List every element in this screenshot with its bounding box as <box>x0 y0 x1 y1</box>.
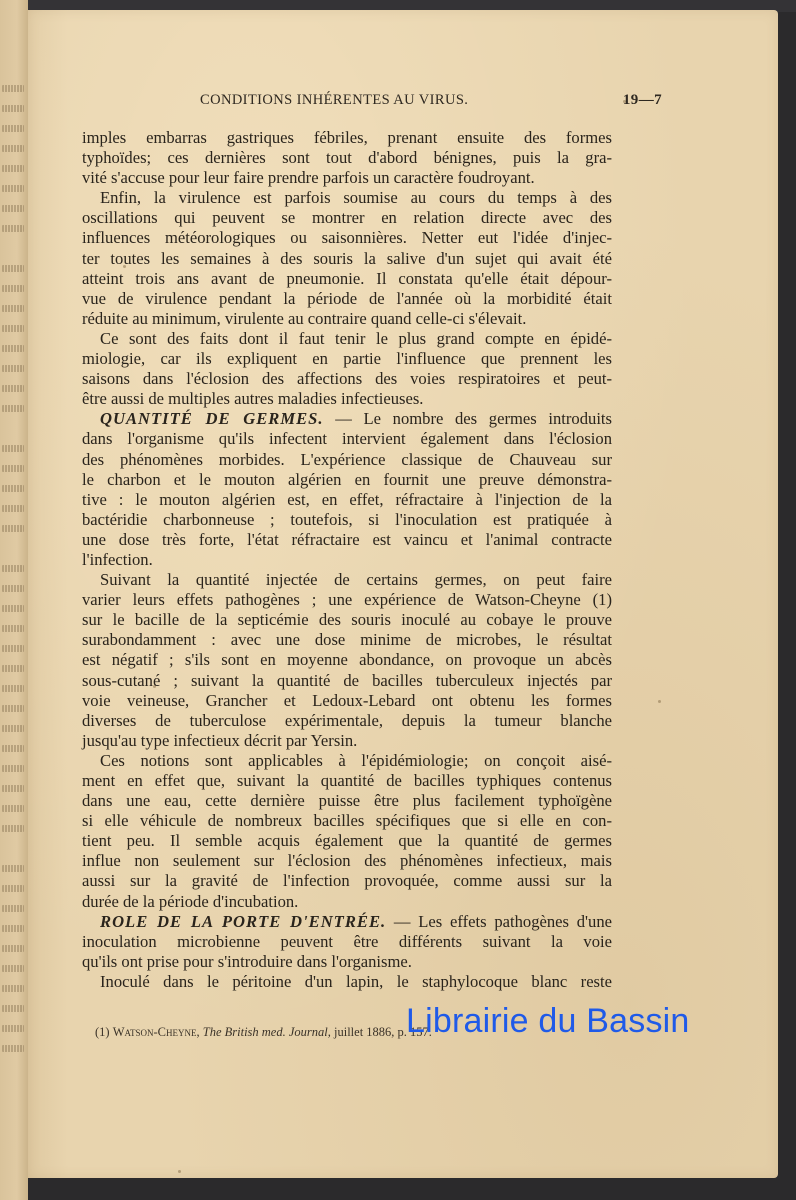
bleed-through-text <box>2 885 24 892</box>
text-line: est négatif ; s'ils sont en moyenne abon… <box>82 650 612 670</box>
text-line: des phénomènes morbides. L'expérience cl… <box>82 450 612 470</box>
text-line: réduite au minimum, virulente au contrai… <box>82 309 612 329</box>
bleed-through-text <box>2 1025 24 1032</box>
text-line: être aussi de multiples autres maladies … <box>82 389 612 409</box>
bleed-through-text <box>2 485 24 492</box>
bleed-through-text <box>2 225 24 232</box>
text-line: tive : le mouton algérien est, en effet,… <box>82 490 612 510</box>
text-line: dans l'organisme qu'ils infectent interv… <box>82 429 612 449</box>
bleed-through-text <box>2 1005 24 1012</box>
watermark: Librairie du Bassin <box>406 1002 690 1041</box>
bleed-through-text <box>2 585 24 592</box>
bleed-through-text <box>2 205 24 212</box>
bleed-through-text <box>2 185 24 192</box>
footnote-journal: The British med. Journal, <box>200 1025 331 1039</box>
bleed-through-text <box>2 805 24 812</box>
bleed-through-text <box>2 925 24 932</box>
bleed-through-text <box>2 765 24 772</box>
text-line: dans une eau, cette dernière puisse être… <box>82 791 612 811</box>
text-line: ment en effet que, suivant la quantité d… <box>82 771 612 791</box>
bleed-through-text <box>2 385 24 392</box>
bleed-through-text <box>2 605 24 612</box>
text-line: QUANTITÉ DE GERMES. — Le nombre des germ… <box>82 409 612 429</box>
text-line: oscillations qui peuvent se montrer en r… <box>82 208 612 228</box>
bleed-through-text <box>2 945 24 952</box>
bleed-through-text <box>2 85 24 92</box>
bleed-through-text <box>2 445 24 452</box>
bleed-through-text <box>2 865 24 872</box>
bleed-through-text <box>2 405 24 412</box>
bleed-through-text <box>2 645 24 652</box>
text-line: ter toutes les semaines à des souris la … <box>82 249 612 269</box>
text-line: imples embarras gastriques fébriles, pre… <box>82 128 612 148</box>
text-line: durée de la période d'incubation. <box>82 892 612 912</box>
text-line: bactéridie charbonneuse ; toutefois, si … <box>82 510 612 530</box>
bleed-through-text <box>2 265 24 272</box>
text-line: une dose très forte, l'état réfractaire … <box>82 530 612 550</box>
bleed-through-text <box>2 105 24 112</box>
bleed-through-text <box>2 1045 24 1052</box>
bleed-through-text <box>2 525 24 532</box>
bleed-through-text <box>2 465 24 472</box>
body-text: imples embarras gastriques fébriles, pre… <box>82 128 612 992</box>
bleed-through-text <box>2 685 24 692</box>
text-run: — Les effets pathogènes d'une <box>386 912 612 931</box>
text-line: qu'ils ont prise pour s'introduire dans … <box>82 952 612 972</box>
bleed-through-text <box>2 985 24 992</box>
bleed-through-text <box>2 705 24 712</box>
text-line: le charbon et le mouton algérien en four… <box>82 470 612 490</box>
text-line: saisons dans l'éclosion des affections d… <box>82 369 612 389</box>
section-paragraph: ROLE DE LA PORTE D'ENTRÉE. — Les effets … <box>82 912 612 972</box>
text-line: aussi sur la gravité de l'infection prov… <box>82 871 612 891</box>
bleed-through-text <box>2 965 24 972</box>
paragraph: Enfin, la virulence est parfois soumise … <box>82 188 612 329</box>
text-line: varier leurs effets pathogènes ; une exp… <box>82 590 612 610</box>
paragraph: Inoculé dans le péritoine d'un lapin, le… <box>82 972 612 992</box>
text-line: ROLE DE LA PORTE D'ENTRÉE. — Les effets … <box>82 912 612 932</box>
text-line: vité s'accuse pour leur faire prendre pa… <box>82 168 612 188</box>
text-line: Enfin, la virulence est parfois soumise … <box>82 188 612 208</box>
text-line: voie veineuse, Grancher et Ledoux-Lebard… <box>82 691 612 711</box>
text-line: jusqu'au type infectieux décrit par Yers… <box>82 731 612 751</box>
text-line: Inoculé dans le péritoine d'un lapin, le… <box>82 972 612 992</box>
page-number: 19—7 <box>623 92 662 109</box>
text-line: Ces notions sont applicables à l'épidémi… <box>82 751 612 771</box>
bleed-through-text <box>2 825 24 832</box>
text-line: diverses de tuberculose expérimentale, d… <box>82 711 612 731</box>
text-line: atteint trois ans avant de pneumonie. Il… <box>82 269 612 289</box>
bleed-through-text <box>2 365 24 372</box>
text-line: si elle véhicule de nombreux bacilles sp… <box>82 811 612 831</box>
text-line: inoculation microbienne peuvent être dif… <box>82 932 612 952</box>
bleed-through-text <box>2 665 24 672</box>
bleed-through-text <box>2 785 24 792</box>
section-paragraph: QUANTITÉ DE GERMES. — Le nombre des germ… <box>82 409 612 570</box>
paragraph: Ces notions sont applicables à l'épidémi… <box>82 751 612 912</box>
footnote-marker: (1) <box>95 1025 113 1039</box>
text-run: — Le nombre des germes introduits <box>324 409 612 428</box>
section-heading: QUANTITÉ DE GERMES. <box>100 409 324 428</box>
text-line: tient peu. Il semble acquis également qu… <box>82 831 612 851</box>
paragraph: Suivant la quantité injectée de certains… <box>82 570 612 751</box>
text-line: vue de virulence pendant la période de l… <box>82 289 612 309</box>
section-heading: ROLE DE LA PORTE D'ENTRÉE. <box>100 912 386 931</box>
footnote-author: Watson-Cheyne, <box>113 1025 200 1039</box>
bleed-through-text <box>2 565 24 572</box>
bleed-through-text <box>2 505 24 512</box>
bleed-through-text <box>2 345 24 352</box>
text-line: typhoïdes; ces dernières sont tout d'abo… <box>82 148 612 168</box>
bleed-through-text <box>2 905 24 912</box>
bleed-through-text <box>2 325 24 332</box>
bleed-through-text <box>2 725 24 732</box>
paragraph: Ce sont des faits dont il faut tenir le … <box>82 329 612 409</box>
bleed-through-text <box>2 305 24 312</box>
text-line: sous-cutané ; suivant la quantité de bac… <box>82 671 612 691</box>
text-line: surabondamment : avec une dose minime de… <box>82 630 612 650</box>
bleed-through-text <box>2 745 24 752</box>
text-line: Ce sont des faits dont il faut tenir le … <box>82 329 612 349</box>
bleed-through-text <box>2 165 24 172</box>
bleed-through-text <box>2 145 24 152</box>
text-line: influe non seulement sur l'éclosion des … <box>82 851 612 871</box>
bleed-through-text <box>2 125 24 132</box>
text-line: influences météorologiques ou saisonnièr… <box>82 228 612 248</box>
text-line: sur le bacille de la septicémie des sour… <box>82 610 612 630</box>
paragraph: imples embarras gastriques fébriles, pre… <box>82 128 612 188</box>
chapter-title: CONDITIONS INHÉRENTES AU VIRUS. <box>200 92 468 109</box>
bleed-through-text <box>2 285 24 292</box>
text-line: miologie, car ils expliquent en partie l… <box>82 349 612 369</box>
text-line: l'infection. <box>82 550 612 570</box>
bleed-through-text <box>2 625 24 632</box>
text-line: Suivant la quantité injectée de certains… <box>82 570 612 590</box>
footnote: (1) Watson-Cheyne, The British med. Jour… <box>95 1025 432 1040</box>
previous-page-edge <box>0 0 28 1200</box>
